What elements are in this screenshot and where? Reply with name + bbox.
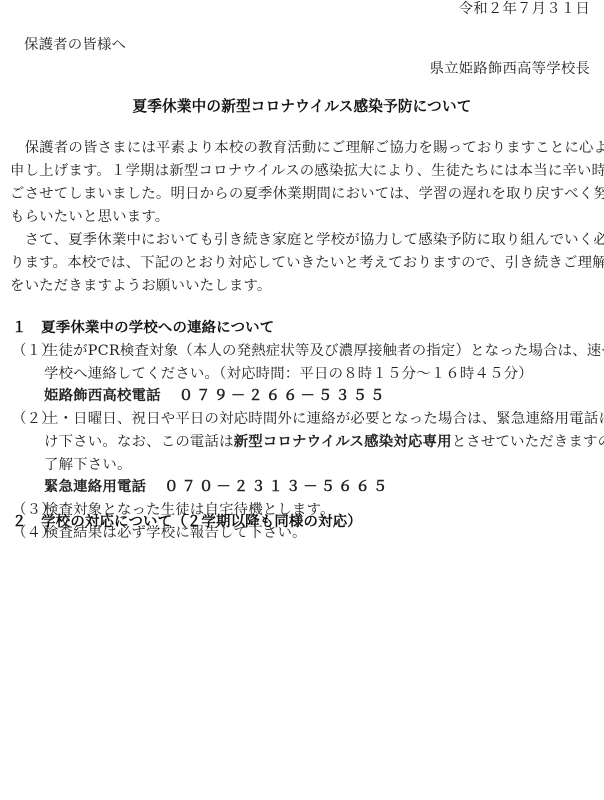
emergency-phone-number: ０７０－２３１３－５６６５ <box>164 479 390 495</box>
emphasis-text: 新型コロナウイルス感染対応専用 <box>234 434 452 450</box>
sender: 県立姫路飾西高等学校長 <box>430 61 591 77</box>
item-line: 了解下さい。 <box>44 457 132 473</box>
item-line: 土・日曜日、祝日や平日の対応時間外に連絡が必要となった場合は、緊急連絡用電話にお… <box>44 411 604 427</box>
intro-line: ります。本校では、下記のとおり対応していきたいと考えておりますので、引き続きご理… <box>10 255 604 271</box>
intro-line: ごさせてしまいました。明日からの夏季休業期間においては、学習の遅れを取り戻すべく… <box>10 186 604 202</box>
emergency-phone: 緊急連絡用電話０７０－２３１３－５６６５ <box>44 479 390 495</box>
section-heading-2: ２ 学校の対応について（２学期以降も同様の対応） <box>12 514 362 530</box>
item-line-text: とさせていただきますのでご <box>452 434 604 450</box>
item-line: 学校へ連絡してください。（対応時間：平日の８時１５分～１６時４５分） <box>44 366 533 382</box>
intro-line: 保護者の皆さまには平素より本校の教育活動にご理解ご協力を賜っておりますことに心よ… <box>10 140 604 156</box>
intro-line: をいただきますようお願いいたします。 <box>10 278 271 294</box>
addressee: 保護者の皆様へ <box>24 37 126 53</box>
school-phone: 姫路飾西高校電話０７９－２６６－５３５５ <box>44 388 387 404</box>
intro-line: 申し上げます。１学期は新型コロナウイルスの感染拡大により、生徒たちには本当に辛い… <box>10 163 604 179</box>
item-line: 生徒がPCR検査対象（本人の発熱症状等及び濃厚接触者の指定）となった場合は、速や… <box>44 343 604 359</box>
item-line: け下さい。なお、この電話は新型コロナウイルス感染対応専用とさせていただきますので… <box>44 434 604 450</box>
document-title: 夏季休業中の新型コロナウイルス感染予防について <box>0 99 604 115</box>
school-phone-number: ０７９－２６６－５３５５ <box>179 388 388 404</box>
section-heading-1: １ 夏季休業中の学校への連絡について <box>12 320 274 336</box>
emergency-phone-label: 緊急連絡用電話 <box>44 479 146 495</box>
school-phone-label: 姫路飾西高校電話 <box>44 388 161 404</box>
intro-line: さて、夏季休業中においても引き続き家庭と学校が協力して感染予防に取り組んでいく必… <box>10 232 604 248</box>
document-date: 令和２年７月３１日 <box>459 1 590 17</box>
intro-line: もらいたいと思います。 <box>10 209 169 225</box>
item-line-text: け下さい。なお、この電話は <box>44 434 234 450</box>
